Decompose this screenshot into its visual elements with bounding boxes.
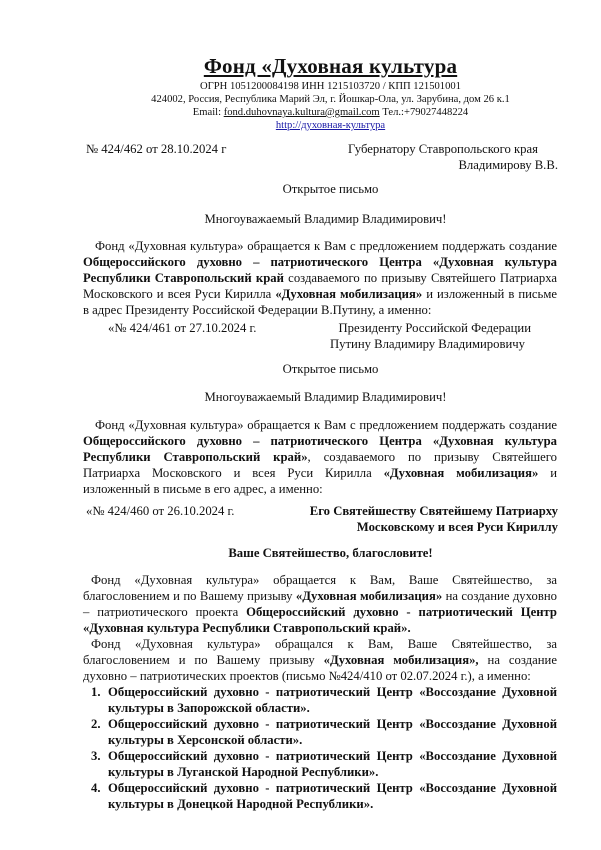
letter-number: № 424/462 от 28.10.2024 г xyxy=(86,141,226,157)
salutation: Многоуважаемый Владимир Владимирович! xyxy=(0,211,601,227)
email-link[interactable]: fond.duhovnaya.kultura@gmail.com xyxy=(224,107,380,118)
postal-address: 424002, Россия, Республика Марий Эл, г. … xyxy=(0,93,601,106)
open-letter-heading: Открытое письмо xyxy=(0,181,601,197)
quoted-letter-2-paragraph-2: Фонд «Духовная культура» обращался к Вам… xyxy=(83,636,557,684)
quoted-letter-1-recipient-line-2: Путину Владимиру Владимировичу xyxy=(330,336,525,352)
quoted-letter-2-recipient-line-2: Московскому и всея Руси Кириллу xyxy=(357,519,558,535)
quoted-letter-2-recipient-line-1: Его Святейшеству Святейшему Патриарху xyxy=(310,503,558,519)
recipient-line-2: Владимирову В.В. xyxy=(458,157,558,173)
main-paragraph: Фонд «Духовная культура» обращается к Ва… xyxy=(83,238,557,318)
email-label: Email: xyxy=(193,107,224,118)
letter-page: Фонд «Духовная культура ОГРН 10512000841… xyxy=(0,0,601,850)
projects-list: 1.Общероссийский духовно - патриотически… xyxy=(83,684,557,812)
foundation-title: Фонд «Духовная культура xyxy=(0,54,601,79)
quoted-letter-2-paragraph-1: Фонд «Духовная культура» обращается к Ва… xyxy=(83,572,557,636)
quoted-letter-1-number: «№ 424/461 от 27.10.2024 г. xyxy=(108,320,256,336)
phone-number: Тел.:+79027448224 xyxy=(380,107,469,118)
recipient-line-1: Губернатору Ставропольского края xyxy=(348,141,538,157)
contact-line: Email: fond.duhovnaya.kultura@gmail.com … xyxy=(0,106,601,119)
quoted-letter-1-paragraph: Фонд «Духовная культура» обращается к Ва… xyxy=(83,417,557,497)
quoted-letter-2-salutation: Ваше Святейшество, благословите! xyxy=(0,545,601,561)
registration-numbers: ОГРН 1051200084198 ИНН 1215103720 / КПП … xyxy=(0,80,601,93)
project-item: 3.Общероссийский духовно - патриотически… xyxy=(83,748,557,780)
quoted-letter-2-number: «№ 424/460 от 26.10.2024 г. xyxy=(86,503,234,519)
website-line: http://духовная-культура xyxy=(0,119,601,132)
quoted-letter-1-heading: Открытое письмо xyxy=(0,361,601,377)
quoted-letter-1-salutation: Многоуважаемый Владимир Владимирович! xyxy=(0,389,601,405)
project-item: 4.Общероссийский духовно - патриотически… xyxy=(83,780,557,812)
website-link[interactable]: http://духовная-культура xyxy=(276,120,385,131)
project-item: 2.Общероссийский духовно - патриотически… xyxy=(83,716,557,748)
project-item: 1.Общероссийский духовно - патриотически… xyxy=(83,684,557,716)
quoted-letter-1-recipient-line-1: Президенту Российской Федерации xyxy=(339,320,531,336)
